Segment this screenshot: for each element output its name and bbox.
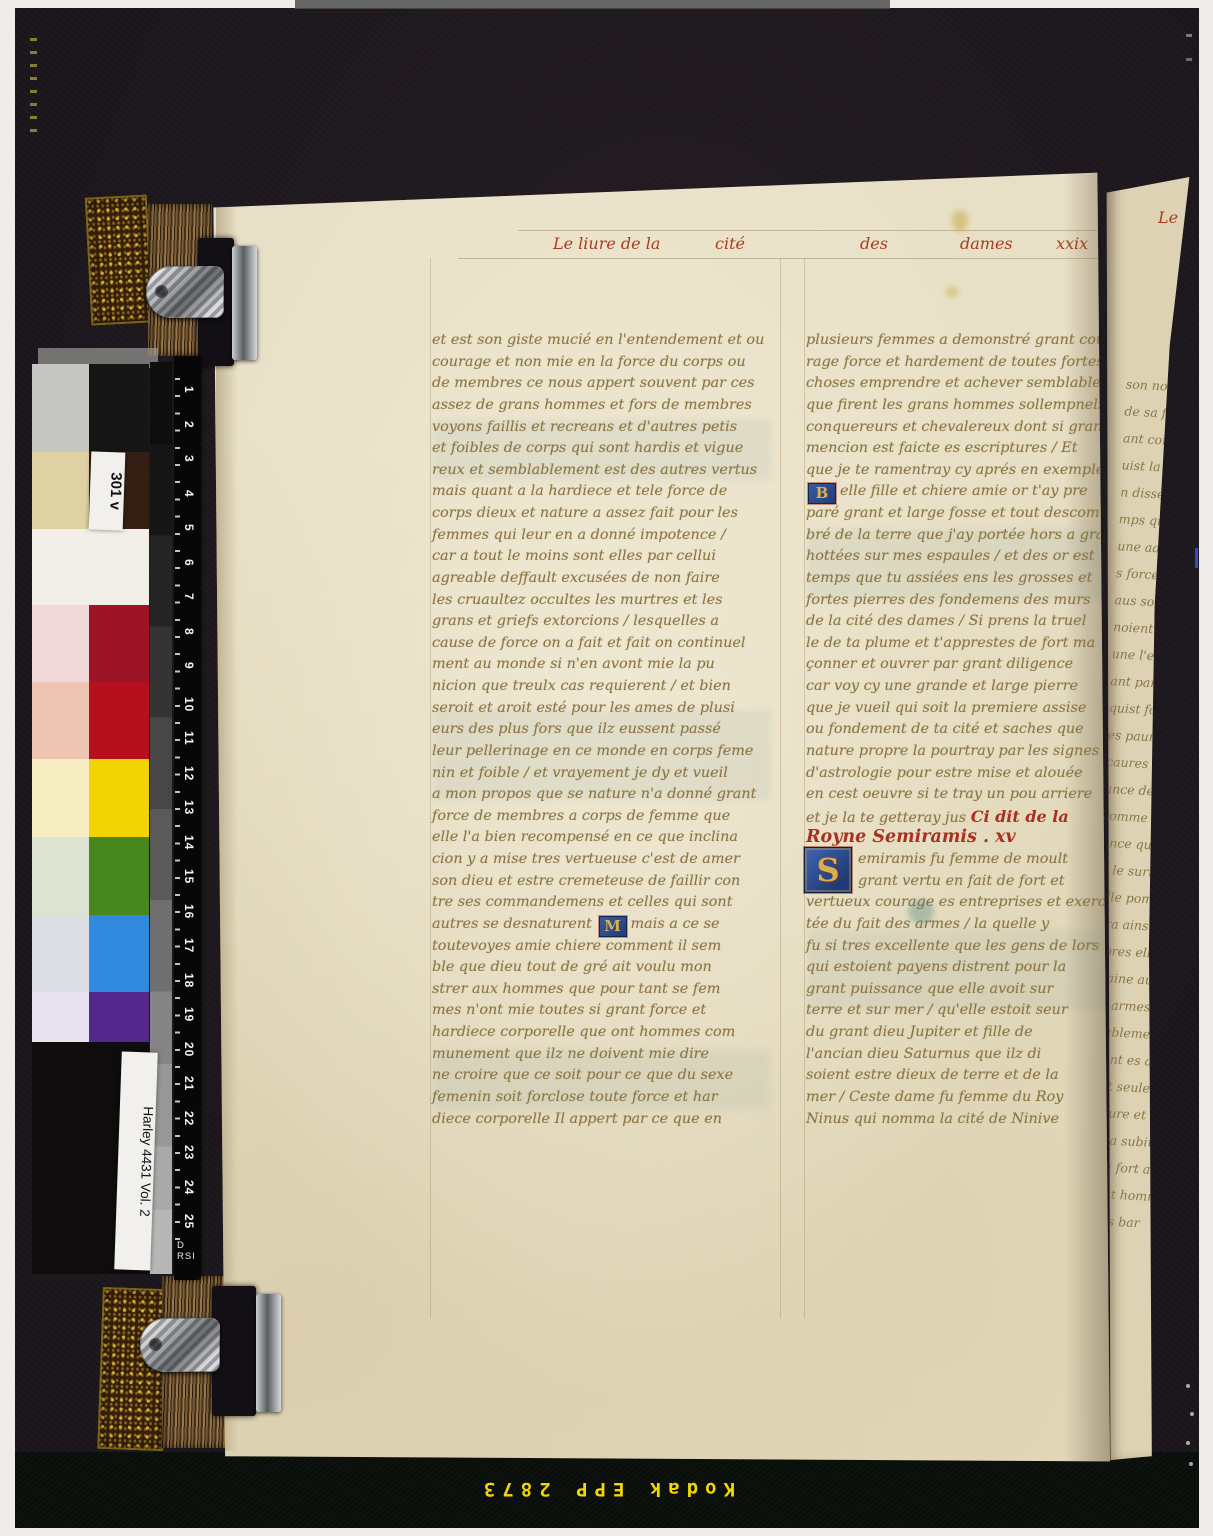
illuminated-initial: S (804, 847, 852, 893)
manuscript-line: nin et foible / et vrayement je dy et vu… (432, 763, 778, 785)
wax-stain (946, 286, 958, 298)
manuscript-line: mais quant a la hardiece et tele force d… (432, 481, 778, 503)
manuscript-line: assez de grans hommes et fors de membres (432, 395, 778, 417)
patch-strong (89, 364, 149, 452)
ruler: D RSI 1234567891011121314151617181920212… (174, 356, 201, 1280)
patch-light (32, 682, 89, 759)
volume-label: Harley 4431 Vol. 2 (114, 1051, 158, 1270)
color-calibration-bar: D RSI 1234567891011121314151617181920212… (30, 352, 202, 1274)
manuscript-line: cion y a mise tres vertueuse c'est de am… (432, 849, 778, 871)
manuscript-line: rage force et hardement de toutes fortes (806, 352, 1136, 374)
manuscript-line: car voy cy une grande et large pierre (806, 676, 1136, 698)
manuscript-line: paré grant et large fosse et tout descom (806, 503, 1136, 525)
film-edge-mark (1189, 1462, 1193, 1466)
patch-light (32, 452, 89, 529)
ruling-line (458, 258, 1118, 259)
manuscript-line: çonner et ouvrer par grant diligence (806, 654, 1136, 676)
manuscript-line: conquereurs et chevalereux dont si grant (806, 417, 1136, 439)
patch-strong (89, 915, 149, 992)
manuscript-line: le de ta plume et t'apprestes de fort ma (806, 633, 1136, 655)
ruling-line (780, 258, 781, 1318)
manuscript-line: soient estre dieux de terre et de la (806, 1065, 1136, 1087)
manuscript-line: les cruaultez occultes les murtres et le… (432, 590, 778, 612)
ruler-number: 8 (182, 628, 196, 636)
film-edge-mark (1190, 1412, 1194, 1416)
manuscript-line: tre ses commandemens et celles qui sont (432, 892, 778, 914)
header-segment: des (860, 234, 888, 253)
manuscript-line: bré de la terre que j'ay portée hors a g… (806, 525, 1136, 547)
manuscript-line: nature propre la pourtray par les signes (806, 741, 1136, 763)
patch-row (32, 364, 149, 452)
manuscript-line: courage et non mie en la force du corps … (432, 352, 778, 374)
kodak-film-label: Kodak EPP 2873 (325, 1472, 735, 1500)
manuscript-line: autres se desnaturent Mmais a ce se (432, 914, 778, 936)
patch-strong (89, 682, 149, 759)
patch-row (32, 682, 149, 759)
manuscript-line: mer / Ceste dame fu femme du Roy (806, 1087, 1136, 1109)
ruling-line (518, 230, 1118, 231)
manuscript-line: emiramis fu femme de moult (806, 849, 1136, 871)
manuscript-line: munement que ilz ne doivent mie dire (432, 1044, 778, 1066)
patch-light (32, 529, 89, 605)
ruler-number: 3 (182, 455, 196, 463)
ruler-number: 21 (182, 1076, 196, 1091)
ruler-number: 22 (182, 1111, 196, 1126)
film-edge-mark (30, 129, 37, 132)
manuscript-line: en cest oeuvre si te tray un pou arriere (806, 784, 1136, 806)
patch-light (32, 759, 89, 837)
header-segment: xxix (1056, 234, 1088, 253)
manuscript-line: de la cité des dames / Si prens la truel (806, 611, 1136, 633)
patch-row (32, 529, 149, 605)
gilt-binding-corner-top (85, 194, 154, 325)
manuscript-line: voyons faillis et recreans et d'autres p… (432, 417, 778, 439)
patch-row (32, 915, 149, 992)
manuscript-line: fortes pierres des fondemens des murs (806, 590, 1136, 612)
manuscript-line: elle l'a bien recompensé en ce que incli… (432, 827, 778, 849)
illuminated-initial: M (599, 916, 627, 937)
header-segment: Le liure de la (553, 234, 660, 253)
ruler-number: 4 (182, 490, 196, 498)
film-edge-mark (30, 77, 37, 80)
manuscript-line: ne croire que ce soit pour ce que du sex… (432, 1065, 778, 1087)
ruler-number: 11 (182, 731, 196, 746)
manuscript-line: agreable deffault excusées de non faire (432, 568, 778, 590)
manuscript-line: Belle fille et chiere amie or t'ay pre (806, 481, 1136, 503)
patch-row (32, 992, 149, 1042)
manuscript-line: Ninus qui nomma la cité de Ninive (806, 1109, 1136, 1131)
ruler-number: 18 (182, 973, 196, 988)
manuscript-line: seroit et aroit esté pour les ames de pl… (432, 698, 778, 720)
manuscript-line: diece corporelle Il appert par ce que en (432, 1109, 778, 1131)
manuscript-line: grant puissance que elle avoit sur (806, 979, 1136, 1001)
film-edge-mark (1186, 34, 1192, 37)
manuscript-line: mencion est faicte es escriptures / Et (806, 438, 1136, 460)
manuscript-line: hottées sur mes espaules / et des or est (806, 546, 1136, 568)
patch-light (32, 992, 89, 1042)
ruling-line (430, 258, 431, 1318)
manuscript-line: que je te ramentray cy aprés en exemple (806, 460, 1136, 482)
manuscript-line: grant vertu en fait de fort et (806, 871, 1136, 893)
manuscript-line: femenin soit forclose toute force et har (432, 1087, 778, 1109)
ruler-number: 17 (182, 938, 196, 953)
manuscript-line: force de membres a corps de femme que (432, 806, 778, 828)
manuscript-line: Royne Semiramis . xv (806, 827, 1136, 849)
film-edge-mark (1186, 1384, 1190, 1388)
clip-bar-bottom (256, 1294, 281, 1412)
manuscript-line: et je la te getteray jus Ci dit de la (806, 806, 1136, 828)
ruler-number: 2 (182, 421, 196, 429)
ruler-number: 24 (182, 1180, 196, 1195)
illuminated-initial: B (808, 483, 836, 504)
patch-strong (89, 992, 149, 1042)
film-edge-mark (30, 116, 37, 119)
patch-light (32, 837, 89, 915)
patch-strong (89, 759, 149, 837)
manuscript-line: son dieu et estre cremeteuse de faillir … (432, 871, 778, 893)
patch-row (32, 837, 149, 915)
ruler-number: 20 (182, 1042, 196, 1057)
ruler-number: 14 (182, 835, 196, 850)
manuscript-line: de membres ce nous appert souvent par ce… (432, 373, 778, 395)
patch-row (32, 605, 149, 682)
patch-strong (89, 529, 149, 605)
film-edge-mark (30, 64, 37, 67)
manuscript-line: que je vueil qui soit la premiere assise (806, 698, 1136, 720)
top-edge-strip (295, 0, 890, 9)
ruler-number: 5 (182, 524, 196, 532)
manuscript-line: vertueux courage es entreprises et exerc… (806, 892, 1136, 914)
manuscript-line: femmes qui leur en a donné impotence / (432, 525, 778, 547)
wax-stain (952, 210, 968, 232)
manuscript-line: et est son giste mucié en l'entendement … (432, 330, 778, 352)
ruler-number: 12 (182, 766, 196, 781)
manuscript-line: plusieurs femmes a demonstré grant cou (806, 330, 1136, 352)
manuscript-line: eurs des plus fors que ilz eussent passé (432, 719, 778, 741)
manuscript-line: du grant dieu Jupiter et fille de (806, 1022, 1136, 1044)
ruler-number: 25 (182, 1214, 196, 1229)
shelfmark-label: 301 v (89, 451, 126, 530)
film-edge-mark (30, 103, 37, 106)
header-segment: cité (715, 234, 745, 253)
manuscript-line: ment au monde si n'en avont mie la pu (432, 654, 778, 676)
ruler-number: 23 (182, 1145, 196, 1160)
manuscript-line: toutevoyes amie chiere comment il sem (432, 936, 778, 958)
patch-light (32, 605, 89, 682)
patch-strong (89, 605, 149, 682)
manuscript-line: que firent les grans hommes sollempnelz (806, 395, 1136, 417)
manuscript-line: hardiece corporelle que ont hommes com (432, 1022, 778, 1044)
manuscript-line: temps que tu assiées ens les grosses et (806, 568, 1136, 590)
ruler-number: 9 (182, 662, 196, 670)
manuscript-line: d'astrologie pour estre mise et alouée (806, 763, 1136, 785)
patch-row (32, 759, 149, 837)
ruler-number: 10 (182, 697, 196, 712)
manuscript-line: corps dieux et nature a assez fait pour … (432, 503, 778, 525)
manuscript-line: car a tout le moins sont elles par cellu… (432, 546, 778, 568)
ruler-number: 19 (182, 1007, 196, 1022)
ruling-line (804, 258, 805, 1318)
manuscript-line: grans et griefs extorcions / lesquelles … (432, 611, 778, 633)
text-column-right: plusieurs femmes a demonstré grant coura… (806, 330, 1136, 1130)
photograph: Le liure de la cité des dames xxix et es… (0, 0, 1213, 1536)
pigment-stain (908, 900, 934, 924)
manuscript-page: Le liure de la cité des dames xxix et es… (208, 170, 1110, 1464)
film-edge-mark (30, 51, 37, 54)
manuscript-line: ou fondement de ta cité et saches que (806, 719, 1136, 741)
facing-header-fragment: Le (1158, 208, 1178, 227)
ruler-number: 13 (182, 800, 196, 815)
manuscript-line: ble que dieu tout de gré ait voulu mon (432, 957, 778, 979)
manuscript-line: qui estoient payens distrent pour la (806, 957, 1136, 979)
manuscript-line: nicion que treulx cas requierent / et bi… (432, 676, 778, 698)
patch-light (32, 915, 89, 992)
binder-clip-top (146, 266, 224, 318)
manuscript-line: strer aux hommes que pour tant se fem (432, 979, 778, 1001)
manuscript-line: choses emprendre et achever semblablemen… (806, 373, 1136, 395)
manuscript-line: a mon propos que se nature n'a donné gra… (432, 784, 778, 806)
ruler-footer-label: D RSI (177, 1240, 201, 1262)
binder-clip-bottom (140, 1318, 220, 1372)
film-edge-mark (1186, 58, 1192, 61)
film-edge-mark (30, 38, 37, 41)
manuscript-line: reux et semblablement est des autres ver… (432, 460, 778, 482)
film-edge-mark (1186, 1441, 1190, 1445)
rubric-fragment: Ci dit de la (971, 807, 1069, 826)
manuscript-line: leur pellerinage en ce monde en corps fe… (432, 741, 778, 763)
ruler-number: 6 (182, 559, 196, 567)
film-edge-mark-blue (1195, 548, 1198, 568)
manuscript-line: cause de force on a fait et fait on cont… (432, 633, 778, 655)
manuscript-line: tée du fait des armes / la quelle y (806, 914, 1136, 936)
manuscript-line: mes n'ont mie toutes si grant force et (432, 1000, 778, 1022)
clip-bar-top (232, 246, 257, 360)
ruler-number: 1 (182, 386, 196, 394)
patch-light (32, 364, 89, 452)
patch-strong (89, 837, 149, 915)
manuscript-line: fu si tres excellente que les gens de lo… (806, 936, 1136, 958)
manuscript-line: terre et sur mer / qu'elle estoit seur (806, 1000, 1136, 1022)
ruler-number: 16 (182, 904, 196, 919)
ruler-number: 7 (182, 593, 196, 601)
text-column-left: et est son giste mucié en l'entendement … (432, 330, 778, 1130)
manuscript-line: et foibles de corps qui sont hardis et v… (432, 438, 778, 460)
manuscript-line: l'ancian dieu Saturnus que ilz di (806, 1044, 1136, 1066)
ruler-number: 15 (182, 869, 196, 884)
header-segment: dames (960, 234, 1013, 253)
film-edge-mark (30, 90, 37, 93)
